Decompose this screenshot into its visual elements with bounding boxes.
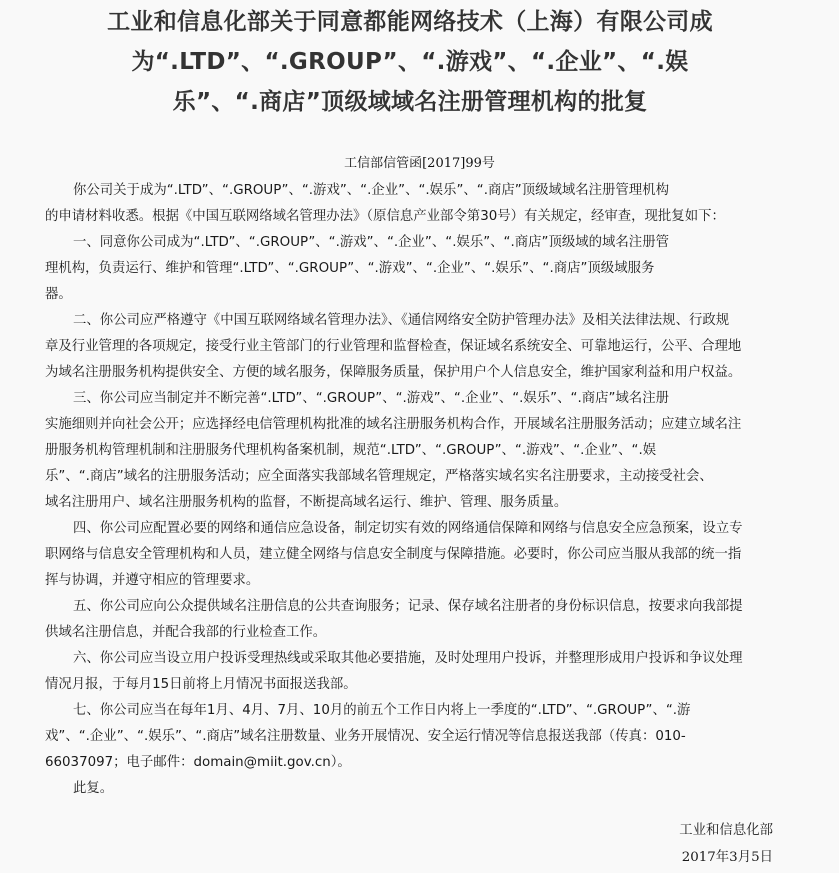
body-line: 二、你公司应严格遵守《中国互联网络域名管理办法》、《通信网络安全防护管理办法》及… [45,308,775,334]
signature-block: 工业和信息化部 2017年3月5日 [679,817,773,871]
body-line: 为域名注册服务机构提供安全、方便的域名服务，保障服务质量，保护用户个人信息安全，… [45,360,775,386]
body-line: 册服务机构管理机制和注册服务代理机构备案机制，规范“.LTD”、“.GROUP”… [45,438,775,464]
document-title: 工业和信息化部关于同意都能网络技术（上海）有限公司成 为“.LTD”、“.GRO… [90,2,730,122]
signing-organization: 工业和信息化部 [679,817,773,844]
body-line: 六、你公司应当设立用户投诉受理热线或采取其他必要措施，及时处理用户投诉，并整理形… [45,646,775,672]
title-line: 乐”、“.商店”顶级域域名注册管理机构的批复 [90,82,730,122]
document-number: 工信部信管函[2017]99号 [0,154,839,174]
body-line: 三、你公司应当制定并不断完善“.LTD”、“.GROUP”、“.游戏”、“.企业… [45,386,775,412]
body-line: 乐”、“.商店”域名的注册服务活动；应全面落实我部域名管理规定，严格落实域名实名… [45,464,775,490]
body-line: 理机构，负责运行、维护和管理“.LTD”、“.GROUP”、“.游戏”、“.企业… [45,256,775,282]
body-line: 挥与协调，并遵守相应的管理要求。 [45,568,775,594]
body-line: 七、你公司应当在每年1月、4月、7月、10月的前五个工作日内将上一季度的“.LT… [45,698,775,724]
body-line: 职网络与信息安全管理机构和人员，建立健全网络与信息安全制度与保障措施。必要时，你… [45,542,775,568]
body-line: 一、同意你公司成为“.LTD”、“.GROUP”、“.游戏”、“.企业”、“.娱… [45,230,775,256]
closing-line: 此复。 [45,776,775,802]
title-line: 工业和信息化部关于同意都能网络技术（上海）有限公司成 [90,2,730,42]
body-line: 实施细则并向社会公开；应选择经电信管理机构批准的域名注册服务机构合作，开展域名注… [45,412,775,438]
body-line: 五、你公司应向公众提供域名注册信息的公共查询服务；记录、保存域名注册者的身份标识… [45,594,775,620]
body-line: 章及行业管理的各项规定，接受行业主管部门的行业管理和监督检查，保证域名系统安全、… [45,334,775,360]
body-line: 器。 [45,282,775,308]
title-line: 为“.LTD”、“.GROUP”、“.游戏”、“.企业”、“.娱 [90,42,730,82]
body-line: 戏”、“.企业”、“.娱乐”、“.商店”域名注册数量、业务开展情况、安全运行情况… [45,724,775,750]
body-line: 四、你公司应配置必要的网络和通信应急设备，制定切实有效的网络通信保障和网络与信息… [45,516,775,542]
body-line: 你公司关于成为“.LTD”、“.GROUP”、“.游戏”、“.企业”、“.娱乐”… [45,178,775,204]
body-line: 域名注册用户、域名注册服务机构的监督，不断提高域名运行、维护、管理、服务质量。 [45,490,775,516]
body-line: 供域名注册信息，并配合我部的行业检查工作。 [45,620,775,646]
body-line: 的申请材料收悉。根据《中国互联网络域名管理办法》（原信息产业部令第30号）有关规… [45,204,775,230]
body-line: 66037097；电子邮件：domain@miit.gov.cn）。 [45,750,775,776]
body-line: 情况月报，于每月15日前将上月情况书面报送我部。 [45,672,775,698]
signing-date: 2017年3月5日 [679,844,773,871]
document-body: 你公司关于成为“.LTD”、“.GROUP”、“.游戏”、“.企业”、“.娱乐”… [45,178,775,802]
